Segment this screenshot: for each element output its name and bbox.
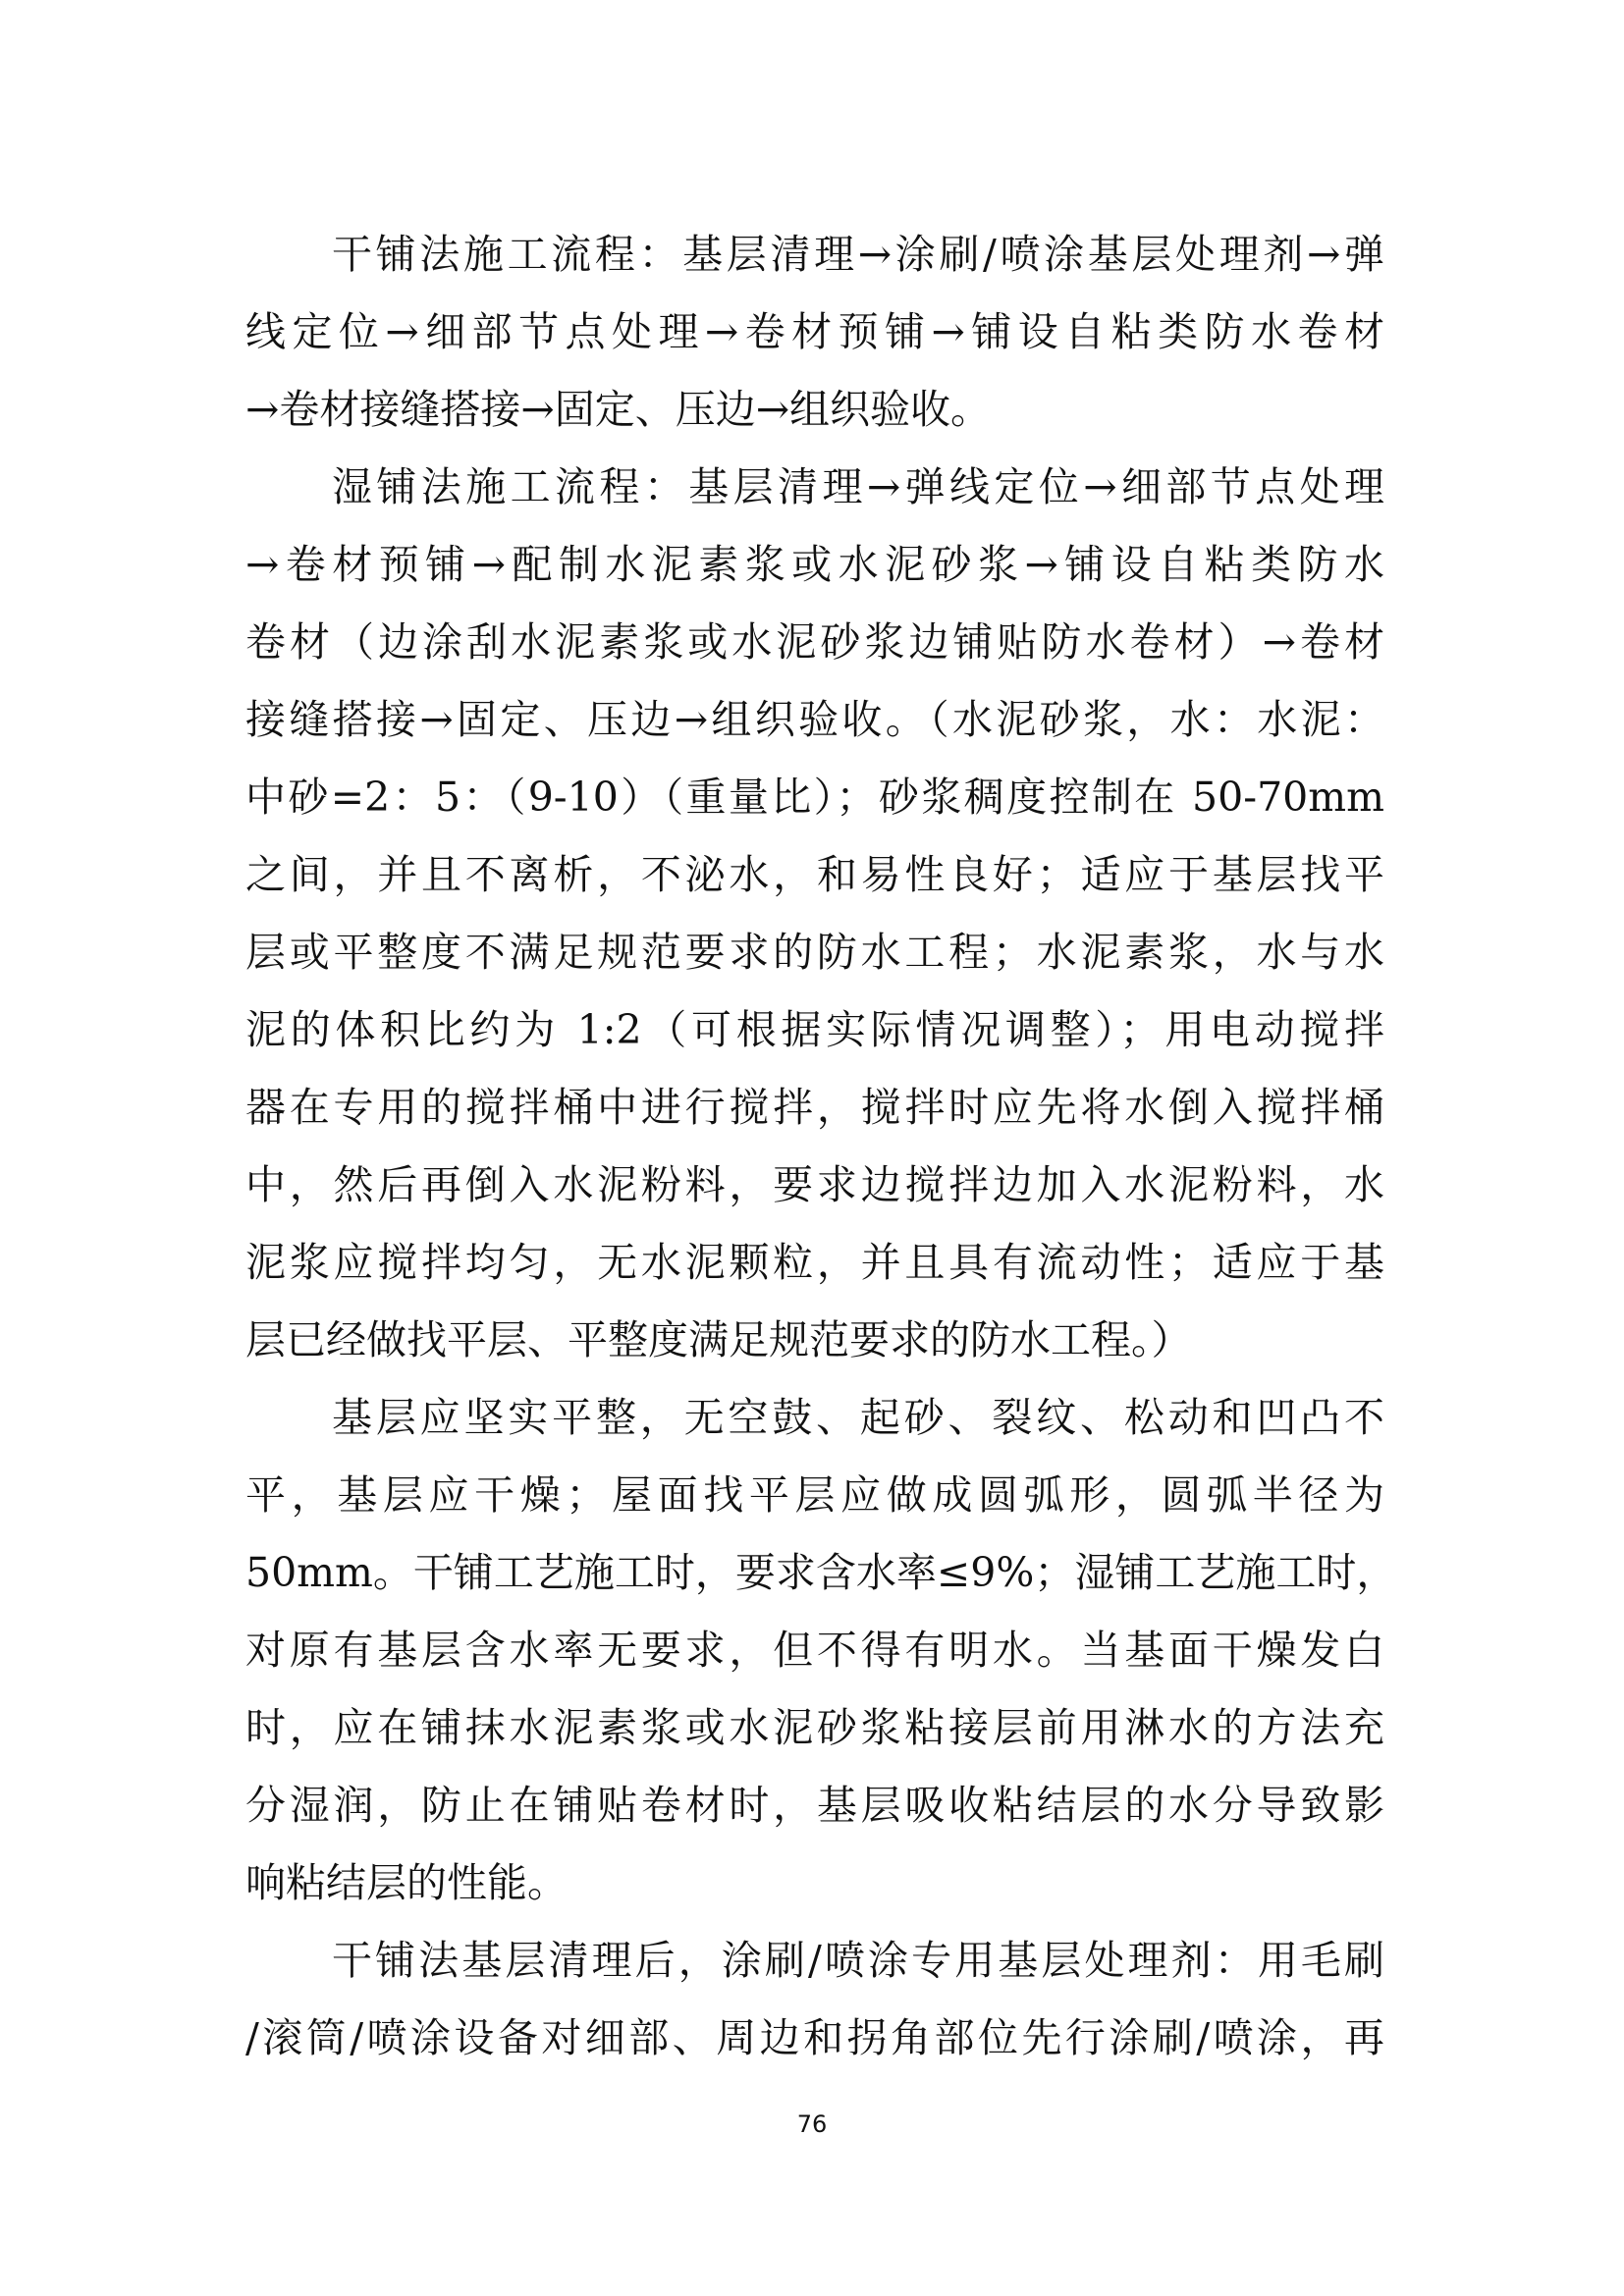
paragraph-line: 卷材（边涂刮水泥素浆或水泥砂浆边铺贴防水卷材）→卷材 <box>245 604 1384 681</box>
paragraph-line: →卷材接缝搭接→固定、压边→组织验收。 <box>245 371 1384 449</box>
paragraph-line: 干铺法施工流程：基层清理→涂刷/喷涂基层处理剂→弹 <box>245 216 1384 294</box>
paragraph-line: 泥浆应搅拌均匀，无水泥颗粒，并且具有流动性；适应于基 <box>245 1224 1384 1302</box>
paragraph-line: /滚筒/喷涂设备对细部、周边和拐角部位先行涂刷/喷涂，再 <box>245 2000 1384 2077</box>
paragraph-line: 中砂=2：5：（9-10）（重量比）；砂浆稠度控制在 50-70mm <box>245 759 1384 836</box>
page-number: 76 <box>0 2110 1624 2138</box>
paragraph-line: 响粘结层的性能。 <box>245 1844 1384 1922</box>
document-page: 干铺法施工流程：基层清理→涂刷/喷涂基层处理剂→弹 线定位→细部节点处理→卷材预… <box>0 0 1624 2296</box>
paragraph-line: 线定位→细部节点处理→卷材预铺→铺设自粘类防水卷材 <box>245 294 1384 371</box>
paragraph-line: 层已经做找平层、平整度满足规范要求的防水工程。） <box>245 1302 1384 1379</box>
paragraph-line: 泥的体积比约为 1:2（可根据实际情况调整）；用电动搅拌 <box>245 991 1384 1069</box>
paragraph-line: 之间，并且不离析，不泌水，和易性良好；适应于基层找平 <box>245 836 1384 914</box>
paragraph-line: 层或平整度不满足规范要求的防水工程；水泥素浆，水与水 <box>245 914 1384 991</box>
paragraph-line: 时，应在铺抹水泥素浆或水泥砂浆粘接层前用淋水的方法充 <box>245 1689 1384 1767</box>
paragraph-line: 接缝搭接→固定、压边→组织验收。（水泥砂浆，水：水泥： <box>245 681 1384 759</box>
paragraph-line: 对原有基层含水率无要求，但不得有明水。当基面干燥发白 <box>245 1612 1384 1689</box>
paragraph-line: 干铺法基层清理后，涂刷/喷涂专用基层处理剂：用毛刷 <box>245 1922 1384 2000</box>
paragraph-line: 湿铺法施工流程：基层清理→弹线定位→细部节点处理 <box>245 449 1384 526</box>
paragraph-line: 平，基层应干燥；屋面找平层应做成圆弧形，圆弧半径为 <box>245 1457 1384 1534</box>
body-text: 干铺法施工流程：基层清理→涂刷/喷涂基层处理剂→弹 线定位→细部节点处理→卷材预… <box>245 216 1384 2077</box>
paragraph-line: 器在专用的搅拌桶中进行搅拌，搅拌时应先将水倒入搅拌桶 <box>245 1069 1384 1147</box>
paragraph-line: 分湿润，防止在铺贴卷材时，基层吸收粘结层的水分导致影 <box>245 1767 1384 1844</box>
paragraph-line: →卷材预铺→配制水泥素浆或水泥砂浆→铺设自粘类防水 <box>245 526 1384 604</box>
paragraph-line: 中，然后再倒入水泥粉料，要求边搅拌边加入水泥粉料，水 <box>245 1147 1384 1224</box>
paragraph-line: 基层应坚实平整，无空鼓、起砂、裂纹、松动和凹凸不 <box>245 1379 1384 1457</box>
paragraph-line: 50mm。干铺工艺施工时，要求含水率≤9%；湿铺工艺施工时， <box>245 1534 1384 1612</box>
